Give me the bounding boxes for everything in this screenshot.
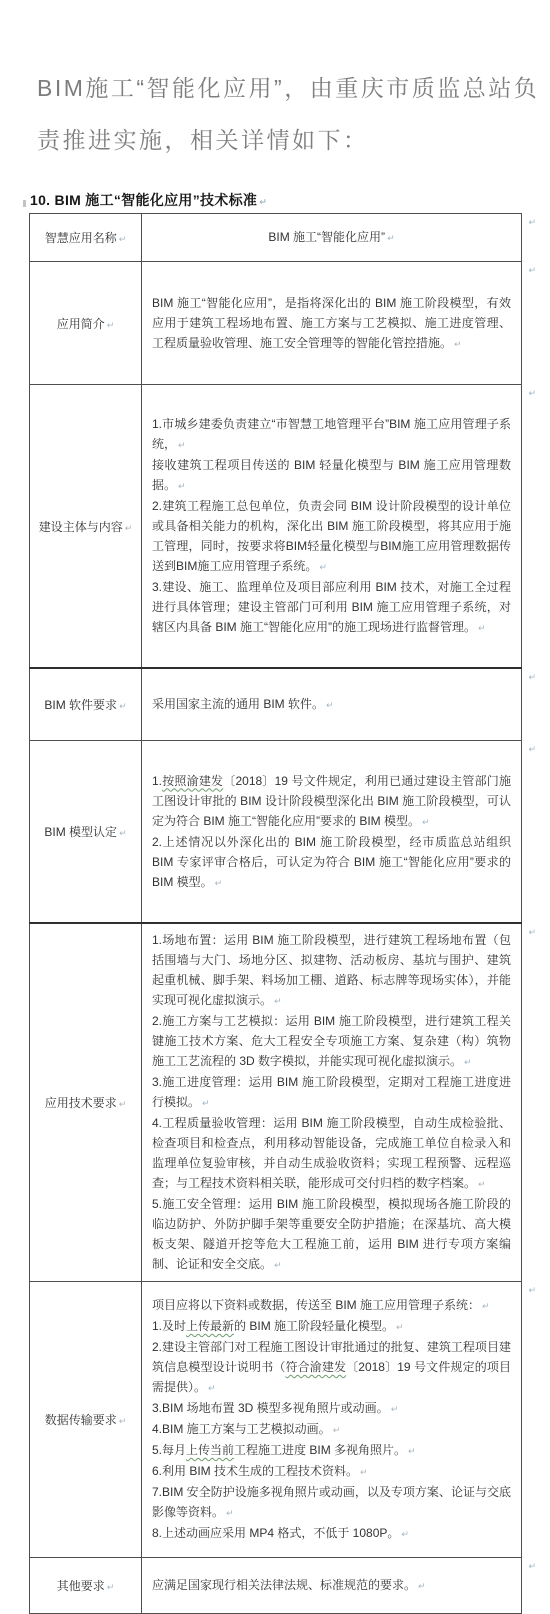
- section-title-text: 10. BIM 施工“智能化应用”技术标准: [30, 192, 257, 208]
- row-label-cell: 应用技术要求↵: [30, 923, 142, 1282]
- row-label: 其他要求: [57, 1579, 105, 1593]
- return-mark-icon: ↵: [178, 481, 186, 491]
- row-end-mark-icon: ↵: [528, 672, 536, 683]
- return-mark-icon: ↵: [454, 339, 462, 349]
- return-mark-icon: ↵: [408, 1446, 416, 1456]
- paragraph-text: 5.施工安全管理：运用 BIM 施工阶段模型，模拟现场各施工阶段的临边防护、外防…: [152, 1197, 511, 1271]
- return-mark-icon: ↵: [333, 1425, 341, 1435]
- paragraph-text: 应满足国家现行相关法律法规、标准规范的要求。: [152, 1578, 416, 1592]
- paragraph: 1.场地布置：运用 BIM 施工阶段模型，进行建筑工程场地布置（包括围墙与大门、…: [152, 930, 511, 1011]
- table-row: 智慧应用名称↵ ↵ BIM 施工“智能化应用”↵: [30, 214, 522, 262]
- paragraph-text: BIM 施工“智能化应用”: [268, 230, 385, 244]
- table-row: 数据传输要求↵ ↵ 项目应将以下资料或数据，传送至 BIM 施工应用管理子系统：…: [30, 1282, 522, 1558]
- return-mark-icon: ↵: [418, 1581, 426, 1591]
- row-value-cell: ↵ 项目应将以下资料或数据，传送至 BIM 施工应用管理子系统：↵ 1.及时上传…: [142, 1282, 522, 1558]
- paragraph-text: 1.: [152, 774, 162, 788]
- paragraph: 项目应将以下资料或数据，传送至 BIM 施工应用管理子系统：↵: [152, 1295, 511, 1316]
- return-mark-icon: ↵: [464, 1057, 472, 1067]
- return-mark-icon: ↵: [478, 623, 486, 633]
- return-mark-icon: ↵: [422, 817, 430, 827]
- paragraph: 2.施工方案与工艺模拟：运用 BIM 施工阶段模型，进行建筑工程关键施工技术方案…: [152, 1011, 511, 1072]
- paragraph-text: 8.上述动画应采用 MP4 格式，不低于 1080P。: [152, 1526, 399, 1540]
- paragraph-text: 接收建筑工程项目传送的 BIM 轻量化模型与 BIM 施工应用管理数据。: [152, 458, 511, 492]
- paragraph-text: 1.市城乡建委负责建立“市智慧工地管理平台”BIM 施工应用管理子系统，: [152, 417, 511, 451]
- paragraph: 接收建筑工程项目传送的 BIM 轻量化模型与 BIM 施工应用管理数据。↵: [152, 455, 511, 496]
- row-end-mark-icon: ↵: [528, 1561, 536, 1572]
- row-end-mark-icon: ↵: [528, 217, 536, 228]
- return-mark-icon: ↵: [387, 233, 395, 243]
- paragraph: 7.BIM 安全防护设施多视角照片或动画，以及专项方案、论证与交底影像等资料。↵: [152, 1482, 511, 1523]
- intro-line-2: 责推进实施，相关详情如下：: [37, 114, 539, 166]
- paragraph: 3.BIM 场地布置 3D 模型多视角照片或动画。↵: [152, 1398, 511, 1419]
- row-value-cell: ↵ BIM 施工“智能化应用”，是指将深化出的 BIM 施工阶段模型，有效应用于…: [142, 262, 522, 385]
- row-end-mark-icon: ↵: [528, 388, 536, 399]
- spec-table: 智慧应用名称↵ ↵ BIM 施工“智能化应用”↵ 应用简介↵ ↵ BIM 施工“…: [29, 213, 522, 1614]
- paragraph: 采用国家主流的通用 BIM 软件。↵: [152, 694, 511, 715]
- paragraph-text: 采用国家主流的通用 BIM 软件。: [152, 697, 324, 711]
- paragraph-text: 5.每月: [152, 1443, 186, 1457]
- row-label-cell: BIM 软件要求↵: [30, 668, 142, 741]
- row-end-mark-icon: ↵: [528, 265, 536, 276]
- return-mark-icon: ↵: [226, 1508, 234, 1518]
- row-value-cell: ↵ 1.市城乡建委负责建立“市智慧工地管理平台”BIM 施工应用管理子系统，↵ …: [142, 385, 522, 669]
- paragraph-text: 2.施工方案与工艺模拟：运用 BIM 施工阶段模型，进行建筑工程关键施工技术方案…: [152, 1014, 511, 1068]
- row-label-cell: BIM 模型认定↵: [30, 741, 142, 924]
- wavy-underline-text: 上传最新: [186, 1319, 234, 1333]
- paragraph-text: 7.BIM 安全防护设施多视角照片或动画，以及专项方案、论证与交底影像等资料。: [152, 1485, 511, 1519]
- paragraph: 8.上述动画应采用 MP4 格式，不低于 1080P。↵: [152, 1523, 511, 1544]
- row-end-mark-icon: ↵: [528, 744, 536, 755]
- table-row: BIM 模型认定↵ ↵ 1.按照渝建发〔2018〕19 号文件规定，利用已通过建…: [30, 741, 522, 924]
- paragraph: BIM 施工“智能化应用”，是指将深化出的 BIM 施工阶段模型，有效应用于建筑…: [152, 293, 511, 354]
- return-mark-icon: ↵: [396, 1322, 404, 1332]
- row-end-mark-icon: ↵: [528, 927, 536, 938]
- row-label: 数据传输要求: [45, 1413, 117, 1427]
- return-mark-icon: ↵: [119, 234, 127, 244]
- paragraph-text: 项目应将以下资料或数据，传送至 BIM 施工应用管理子系统：: [152, 1298, 480, 1312]
- row-label-cell: 智慧应用名称↵: [30, 214, 142, 262]
- return-mark-icon: ↵: [119, 701, 127, 711]
- paragraph: 6.利用 BIM 技术生成的工程技术资料。↵: [152, 1461, 511, 1482]
- return-mark-icon: ↵: [326, 700, 334, 710]
- return-mark-icon: ↵: [319, 562, 327, 572]
- paragraph: 4.BIM 施工方案与工艺模拟动画。↵: [152, 1419, 511, 1440]
- row-label: BIM 模型认定: [44, 825, 117, 839]
- return-mark-icon: ↵: [482, 1301, 490, 1311]
- paragraph-text: 6.利用 BIM 技术生成的工程技术资料。: [152, 1464, 358, 1478]
- row-value-cell: ↵ 1.场地布置：运用 BIM 施工阶段模型，进行建筑工程场地布置（包括围墙与大…: [142, 923, 522, 1282]
- return-mark-icon: ↵: [119, 828, 127, 838]
- wavy-underline-text: 上传当前: [186, 1443, 234, 1457]
- section-title: 10. BIM 施工“智能化应用”技术标准↵: [30, 190, 267, 210]
- intro-line-1: BIM施工“智能化应用”，由重庆市质监总站负: [37, 62, 539, 114]
- paragraph-text: 1.场地布置：运用 BIM 施工阶段模型，进行建筑工程场地布置（包括围墙与大门、…: [152, 933, 511, 1007]
- return-mark-icon: ↵: [119, 1416, 127, 1426]
- paragraph-text: 的 BIM 施工阶段轻量化模型。: [234, 1319, 394, 1333]
- paragraph: 3.施工进度管理：运用 BIM 施工阶段模型，定期对工程施工进度进行模拟。↵: [152, 1072, 511, 1113]
- row-value-cell: ↵ 采用国家主流的通用 BIM 软件。↵: [142, 668, 522, 741]
- paragraph: 2.建设主管部门对工程施工图设计审批通过的批复、建筑工程项目建筑信息模型设计说明…: [152, 1337, 511, 1398]
- row-label-cell: 其他要求↵: [30, 1558, 142, 1614]
- paragraph-text: 2.上述情况以外深化出的 BIM 施工阶段模型，经市质监总站组织 BIM 专家评…: [152, 835, 511, 889]
- return-mark-icon: ↵: [119, 1099, 127, 1109]
- row-label-cell: 数据传输要求↵: [30, 1282, 142, 1558]
- return-mark-icon: ↵: [178, 440, 186, 450]
- row-value-cell: ↵ 应满足国家现行相关法律法规、标准规范的要求。↵: [142, 1558, 522, 1614]
- paragraph-text: 4.BIM 施工方案与工艺模拟动画。: [152, 1422, 331, 1436]
- return-mark-icon: ↵: [274, 996, 282, 1006]
- paragraph: 4.工程质量验收管理：运用 BIM 施工阶段模型，自动生成检验批、检查项目和检查…: [152, 1113, 511, 1194]
- table-row: 建设主体与内容↵ ↵ 1.市城乡建委负责建立“市智慧工地管理平台”BIM 施工应…: [30, 385, 522, 669]
- anchor-mark: [23, 200, 26, 207]
- return-mark-icon: ↵: [274, 1260, 282, 1270]
- row-end-mark-icon: ↵: [528, 1285, 536, 1296]
- return-mark-icon: ↵: [208, 1383, 216, 1393]
- row-value-cell: ↵ 1.按照渝建发〔2018〕19 号文件规定，利用已通过建设主管部门施工图设计…: [142, 741, 522, 924]
- paragraph: BIM 施工“智能化应用”↵: [152, 227, 511, 248]
- table-row: 应用技术要求↵ ↵ 1.场地布置：运用 BIM 施工阶段模型，进行建筑工程场地布…: [30, 923, 522, 1282]
- paragraph-text: 3.建设、施工、监理单位及项目部应利用 BIM 技术，对施工全过程进行具体管理；…: [152, 580, 511, 634]
- row-label: 智慧应用名称: [45, 231, 117, 245]
- paragraph: 5.施工安全管理：运用 BIM 施工阶段模型，模拟现场各施工阶段的临边防护、外防…: [152, 1194, 511, 1275]
- paragraph: 1.按照渝建发〔2018〕19 号文件规定，利用已通过建设主管部门施工图设计审批…: [152, 771, 511, 832]
- table-row: 应用简介↵ ↵ BIM 施工“智能化应用”，是指将深化出的 BIM 施工阶段模型…: [30, 262, 522, 385]
- wavy-underline-text: 按照渝建发: [162, 774, 223, 788]
- table-row: BIM 软件要求↵ ↵ 采用国家主流的通用 BIM 软件。↵: [30, 668, 522, 741]
- row-label: 应用技术要求: [45, 1096, 117, 1110]
- paragraph-text: 1.及时: [152, 1319, 186, 1333]
- return-mark-icon: ↵: [215, 878, 223, 888]
- paragraph: 5.每月上传当前工程施工进度 BIM 多视角照片。↵: [152, 1440, 511, 1461]
- paragraph-text: 4.工程质量验收管理：运用 BIM 施工阶段模型，自动生成检验批、检查项目和检查…: [152, 1116, 511, 1190]
- paragraph: 3.建设、施工、监理单位及项目部应利用 BIM 技术，对施工全过程进行具体管理；…: [152, 577, 511, 638]
- return-mark-icon: ↵: [259, 197, 267, 207]
- paragraph: 2.建筑工程施工总包单位，负责会同 BIM 设计阶段模型的设计单位或具备相关能力…: [152, 496, 511, 577]
- paragraph: 应满足国家现行相关法律法规、标准规范的要求。↵: [152, 1575, 511, 1596]
- table-row: 其他要求↵ ↵ 应满足国家现行相关法律法规、标准规范的要求。↵: [30, 1558, 522, 1614]
- paragraph-text: 2.建筑工程施工总包单位，负责会同 BIM 设计阶段模型的设计单位或具备相关能力…: [152, 499, 511, 573]
- wavy-underline-text: 符合渝建发: [285, 1360, 346, 1374]
- return-mark-icon: ↵: [202, 1098, 210, 1108]
- row-label: BIM 软件要求: [44, 698, 117, 712]
- paragraph-text: 3.BIM 场地布置 3D 模型多视角照片或动画。: [152, 1401, 389, 1415]
- return-mark-icon: ↵: [125, 523, 133, 533]
- return-mark-icon: ↵: [107, 1582, 115, 1592]
- intro-paragraph: BIM施工“智能化应用”，由重庆市质监总站负 责推进实施，相关详情如下：: [37, 62, 539, 166]
- return-mark-icon: ↵: [391, 1404, 399, 1414]
- paragraph-text: 工程施工进度 BIM 多视角照片。: [234, 1443, 406, 1457]
- paragraph: 1.及时上传最新的 BIM 施工阶段轻量化模型。↵: [152, 1316, 511, 1337]
- return-mark-icon: ↵: [401, 1529, 409, 1539]
- row-label: 建设主体与内容: [39, 520, 123, 534]
- row-label-cell: 建设主体与内容↵: [30, 385, 142, 669]
- paragraph: 2.上述情况以外深化出的 BIM 施工阶段模型，经市质监总站组织 BIM 专家评…: [152, 832, 511, 893]
- paragraph: 1.市城乡建委负责建立“市智慧工地管理平台”BIM 施工应用管理子系统，↵: [152, 414, 511, 455]
- return-mark-icon: ↵: [478, 1179, 486, 1189]
- return-mark-icon: ↵: [107, 320, 115, 330]
- return-mark-icon: ↵: [360, 1467, 368, 1477]
- row-label: 应用简介: [57, 317, 105, 331]
- row-value-cell: ↵ BIM 施工“智能化应用”↵: [142, 214, 522, 262]
- row-label-cell: 应用简介↵: [30, 262, 142, 385]
